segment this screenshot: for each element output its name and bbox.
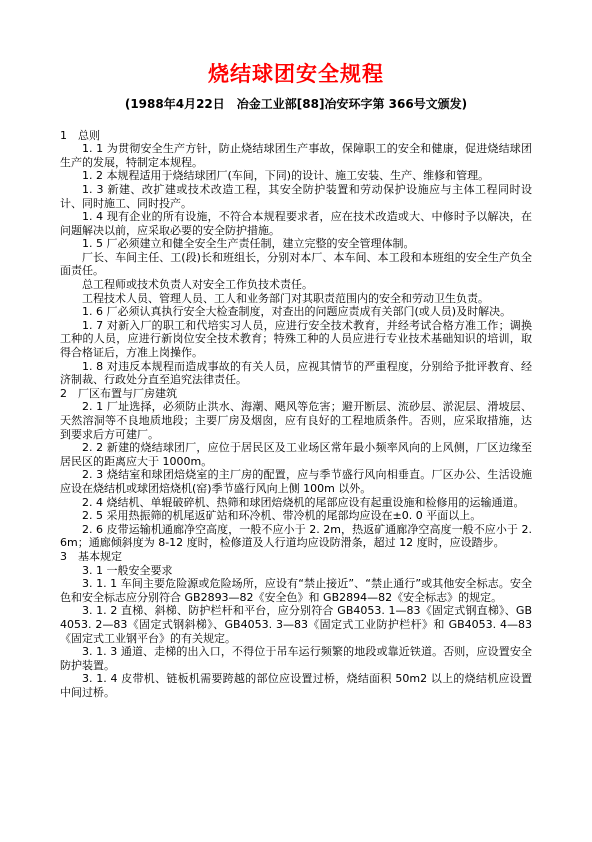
- paragraph: 1. 4 现有企业的所有设施，不符合本规程要求者，应在技术改造或大、中修时予以解…: [60, 210, 532, 237]
- paragraph: 2. 2 新建的烧结球团厂，应位于居民区及工业场区常年最小频率风向的上风侧，厂区…: [60, 441, 532, 468]
- paragraph: 1. 3 新建、改扩建或技术改造工程，其安全防护装置和劳动保护设施应与主体工程同…: [60, 183, 532, 210]
- section-heading: 3 基本规定: [60, 550, 532, 564]
- paragraph: 工程技术人员、管理人员、工人和业务部门对其职责范围内的安全和劳动卫生负责。: [60, 292, 532, 306]
- paragraph: 3. 1. 1 车间主要危险源或危险场所，应设有“禁止接近”、“禁止通行”或其他…: [60, 577, 532, 604]
- paragraph: 1. 6 厂必须认真执行安全大检查制度，对查出的问题应责成有关部门(或人员)及时…: [60, 305, 532, 319]
- section-heading: 1 总则: [60, 129, 532, 143]
- paragraph: 3. 1. 2 直梯、斜梯、防护栏杆和平台，应分别符合 GB4053. 1—83…: [60, 604, 532, 645]
- paragraph: 1. 7 对新入厂的职工和代培实习人员，应进行安全技术教育，并经考试合格方准工作…: [60, 319, 532, 360]
- paragraph: 2. 5 采用热振筛的机尾返矿站和环冷机、带冷机的尾部均应设在±0. 0 平面以…: [60, 509, 532, 523]
- paragraph: 1. 2 本规程适用于烧结球团厂(车间，下同)的设计、施工安装、生产、维修和管理…: [60, 169, 532, 183]
- paragraph: 2. 3 烧结室和球团焙烧室的主厂房的配置，应与季节盛行风向相垂直。厂区办公、生…: [60, 468, 532, 495]
- section-heading: 2 厂区布置与厂房建筑: [60, 387, 532, 401]
- paragraph: 1. 5 厂必须建立和健全安全生产责任制，建立完整的安全管理体制。: [60, 237, 532, 251]
- paragraph: 1. 8 对违反本规程而造成事故的有关人员，应视其情节的严重程度，分别给予批评教…: [60, 360, 532, 387]
- document-body: 1 总则1. 1 为贯彻安全生产方针，防止烧结球团生产事故，保障职工的安全和健康…: [60, 129, 532, 700]
- document-title: 烧结球团安全规程: [60, 62, 532, 86]
- paragraph: 1. 1 为贯彻安全生产方针，防止烧结球团生产事故，保障职工的安全和健康，促进烧…: [60, 142, 532, 169]
- paragraph: 2. 1 厂址选择，必须防止洪水、海潮、飓风等危害；避开断层、流砂层、淤泥层、滑…: [60, 400, 532, 441]
- paragraph: 3. 1 一般安全要求: [60, 564, 532, 578]
- document-page: 烧结球团安全规程 (1988年4月22日 冶金工业部[88]冶安环字第 366号…: [0, 0, 592, 842]
- paragraph: 2. 4 烧结机、单辊破碎机、热筛和球团焙烧机的尾部应设有起重设施和检修用的运输…: [60, 496, 532, 510]
- document-subtitle: (1988年4月22日 冶金工业部[88]冶安环字第 366号文颁发): [60, 97, 532, 111]
- paragraph: 3. 1. 4 皮带机、链板机需要跨越的部位应设置过桥，烧结面积 50m2 以上…: [60, 672, 532, 699]
- paragraph: 厂长、车间主任、工(段)长和班组长，分别对本厂、本车间、本工段和本班组的安全生产…: [60, 251, 532, 278]
- paragraph: 2. 6 皮带运输机通廊净空高度，一般不应小于 2. 2m，热返矿通廊净空高度一…: [60, 523, 532, 550]
- paragraph: 总工程师或技术负责人对安全工作负技术责任。: [60, 278, 532, 292]
- paragraph: 3. 1. 3 通道、走梯的出入口，不得位于吊车运行频繁的地段或靠近铁道。否则，…: [60, 645, 532, 672]
